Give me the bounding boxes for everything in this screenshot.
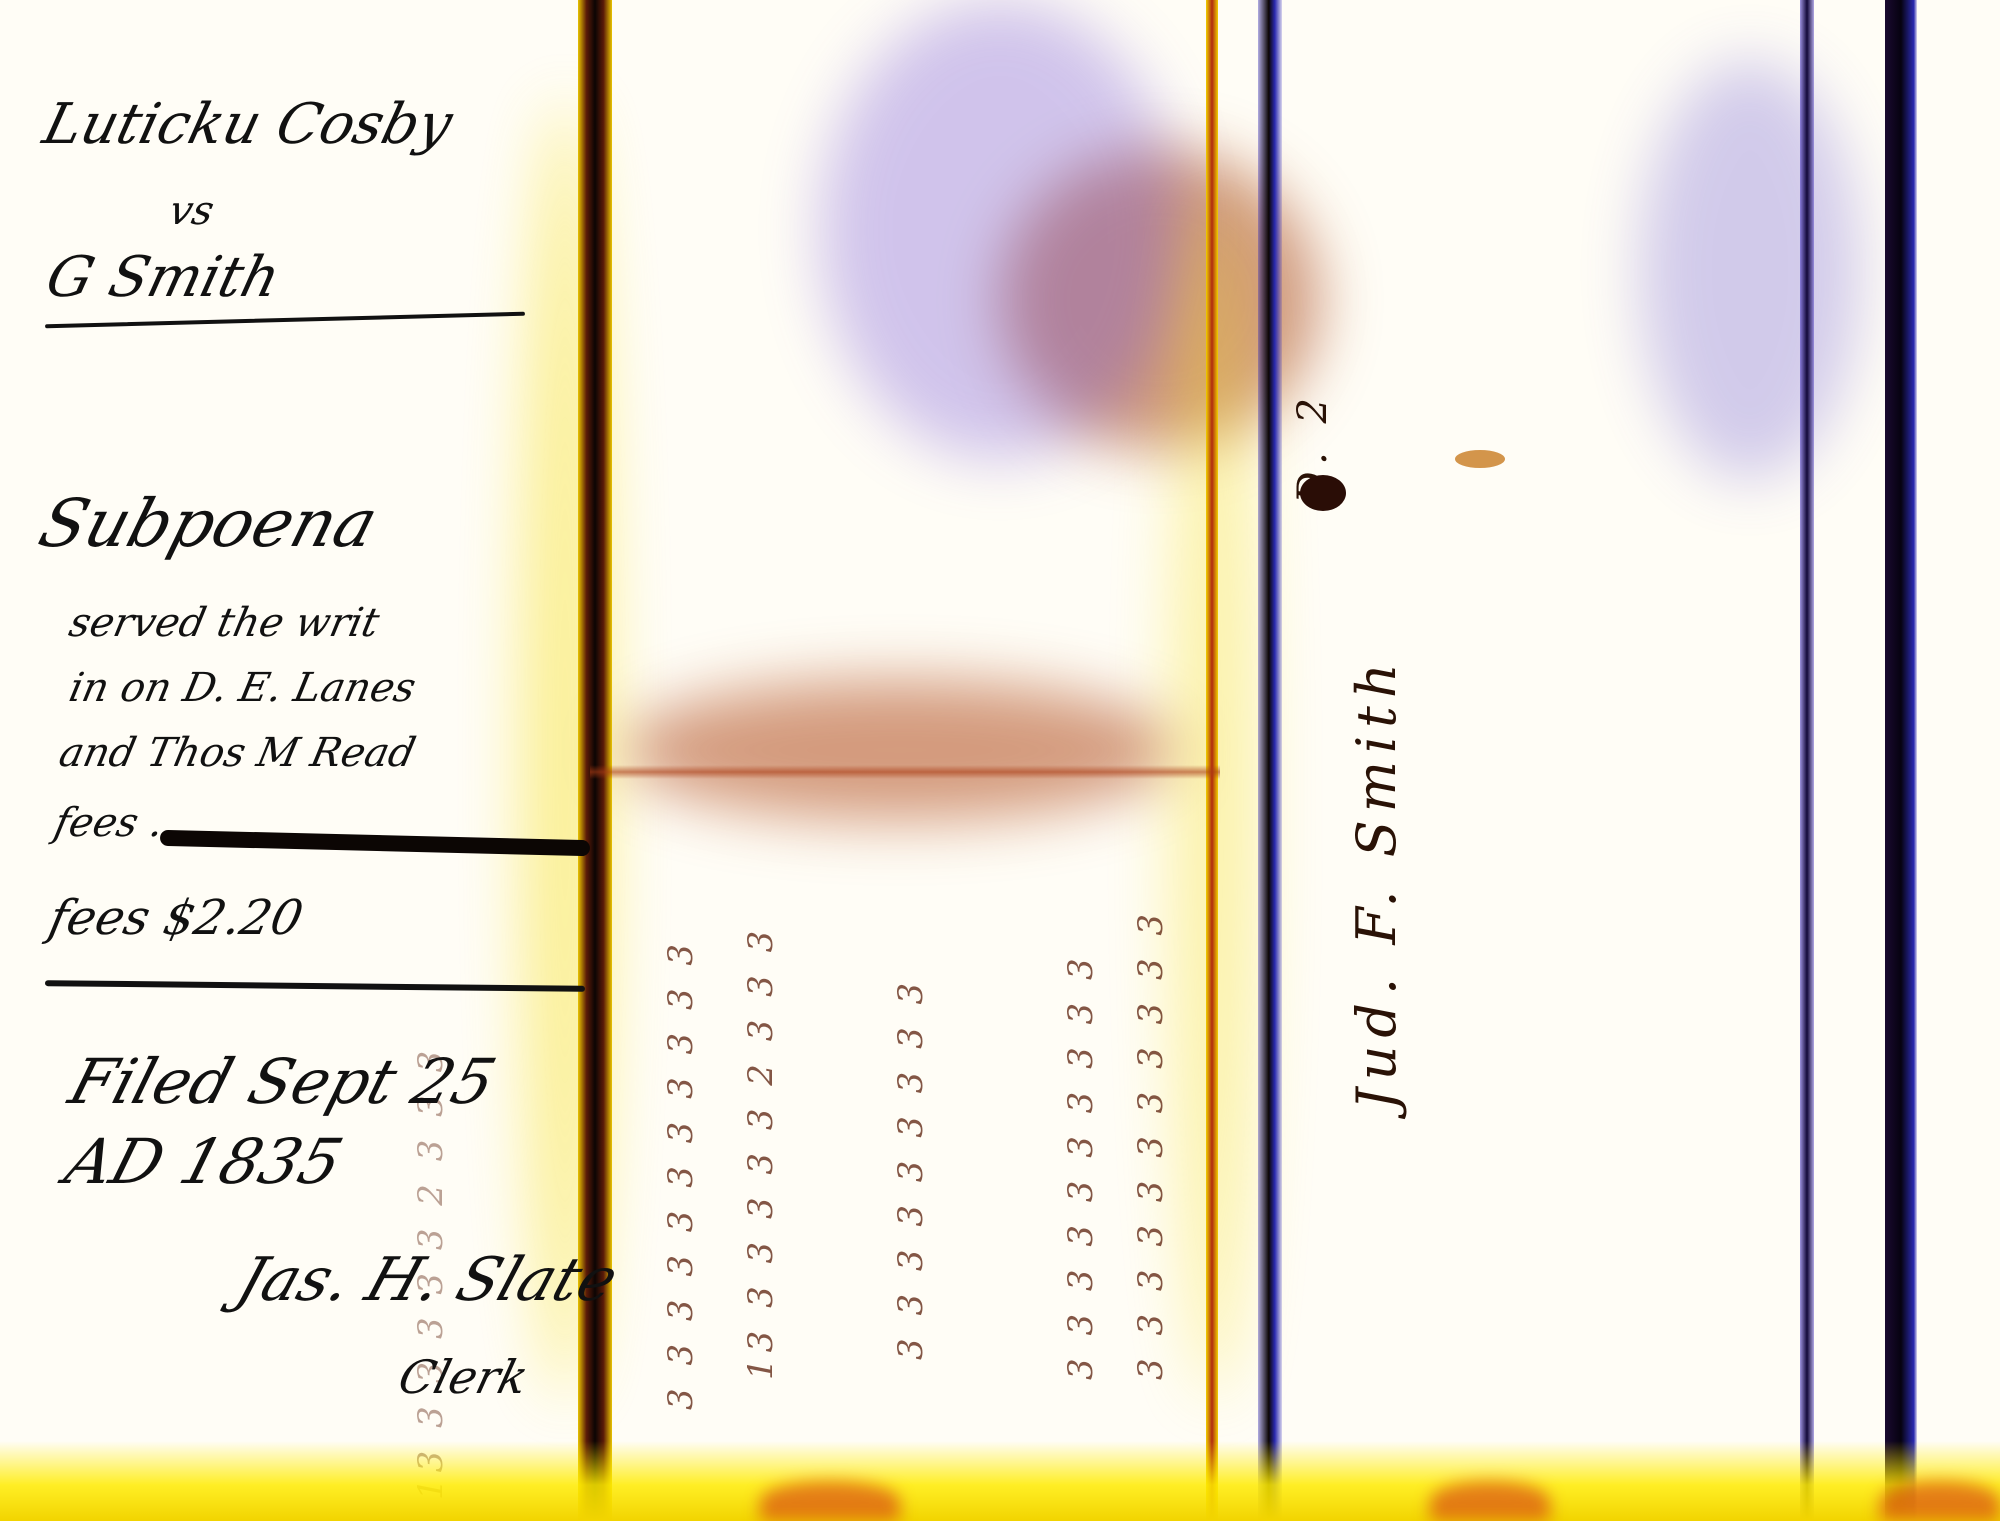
service-line-2: in on D. E. Lanes (65, 665, 420, 711)
bottom-stain-red-2 (1430, 1481, 1550, 1521)
document-page: 3 3 3 3 3 3 3 3 3 3 3 13 3 3 3 3 3 2 3 3… (0, 0, 2000, 1521)
filed-date-line-2: AD 1835 (58, 1125, 351, 1198)
bleed-through-column-4: 3 3 3 3 3 3 3 3 3 3 (1050, 80, 1112, 1380)
bleed-through-column-5: 3 3 3 3 3 3 3 3 3 3 3 (1120, 100, 1182, 1380)
bottom-stain-yellow (0, 1441, 2000, 1521)
caption-plaintiff: Luticku Cosby (37, 92, 459, 157)
small-stain (1455, 450, 1505, 468)
service-underline (45, 980, 585, 992)
bottom-stain-red-3 (1880, 1481, 2000, 1521)
bottom-stain-red-1 (760, 1481, 900, 1521)
clerk-title: Clerk (393, 1350, 533, 1404)
service-line-1: served the writ (65, 600, 383, 646)
fold-line-5 (1885, 0, 1917, 1521)
ink-blot (1300, 475, 1346, 511)
clerk-signature: Jas. H. Slate (229, 1245, 627, 1315)
bleed-through-column-3: 3 3 3 3 3 3 3 3 3 (880, 60, 942, 1360)
fold-line-3 (1258, 0, 1282, 1521)
service-line-3: and Thos M Read (55, 730, 419, 776)
caption-versus: vs (165, 188, 218, 234)
stain-purple-right (1640, 60, 1860, 480)
document-title: Subpoena (31, 485, 386, 562)
bleed-through-column-1: 3 3 3 3 3 3 3 3 3 3 3 (650, 60, 712, 1410)
fold-line-4 (1800, 0, 1814, 1521)
fee-amount: fees $2.20 (44, 890, 308, 946)
right-panel-note-lower: Jud. F. Smith (1345, 650, 1408, 1110)
fold-line-2 (1206, 0, 1218, 1521)
caption-defendant: G Smith (40, 245, 287, 310)
filed-date-line-1: Filed Sept 25 (62, 1045, 504, 1118)
bleed-through-column-2: 13 3 3 3 3 3 2 3 3 3 (730, 60, 792, 1380)
